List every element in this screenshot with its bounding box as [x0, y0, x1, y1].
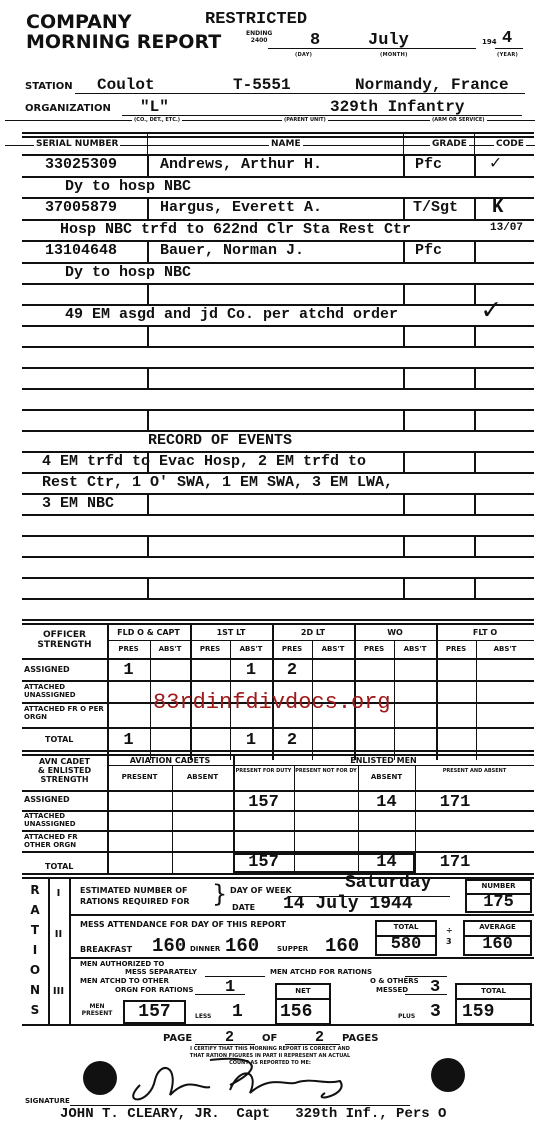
- enlisted-strength-title: AVN CADET& ENLISTEDSTRENGTH: [22, 757, 107, 784]
- subcol-abst: ABS'T: [230, 645, 272, 653]
- caption-co: (CO., DET., ETC.): [132, 117, 182, 123]
- cell-value: 1: [230, 731, 272, 750]
- caption-arm: (ARM OR SERVICE): [430, 117, 487, 123]
- punch-hole-right: [431, 1058, 465, 1092]
- divide-by-three: ÷ 3: [446, 925, 456, 947]
- group-enlisted-men: ENLISTED MEN: [233, 756, 534, 765]
- subcol-pres: PRES: [436, 645, 476, 653]
- net-label: NET: [275, 987, 331, 995]
- dinner-value: 160: [225, 935, 259, 957]
- col-present-not-for-duty: PRESENT NOT FOR DY: [294, 768, 358, 775]
- others-messed-value: 3: [430, 978, 440, 997]
- remark: Hosp NBC trfd to 622nd Clr Sta Rest Ctr: [60, 221, 411, 238]
- month-caption: (MONTH): [380, 52, 408, 58]
- serial-number: 33025309: [45, 156, 117, 173]
- row-label-attached-unassigned: ATTACHED UNASSIGNED: [24, 812, 104, 828]
- auth-label-2: MESS SEPARATELY: [125, 968, 197, 976]
- signer-name-title: JOHN T. CLEARY, JR. Capt 329th Inf., Per…: [60, 1106, 446, 1122]
- event-line: 3 EM NBC: [42, 495, 114, 512]
- report-year: 4: [502, 29, 512, 48]
- signature-scrawl: [110, 1055, 410, 1105]
- average-value: 160: [463, 935, 532, 954]
- caption-parent: (PARENT UNIT): [282, 117, 328, 123]
- group-2d-lt: 2D LT: [272, 628, 354, 637]
- men-present-label: MEN PRESENT: [77, 1003, 117, 1017]
- other-orgn-label-2: ORGN FOR RATIONS: [115, 986, 193, 994]
- ration-date-value: 14 July 1944: [283, 894, 413, 914]
- subcol-abst: ABS'T: [476, 645, 534, 653]
- form-title: COMPANY MORNING REPORT: [26, 12, 221, 52]
- other-orgn-value: 1: [225, 978, 235, 997]
- row-label-attached-fr-other: ATTACHED FR O PER ORGN: [24, 705, 104, 721]
- subcol-pres: PRES: [272, 645, 312, 653]
- rations-required-label: ESTIMATED NUMBER OFRATIONS REQUIRED FOR: [80, 885, 190, 907]
- supper-value: 160: [325, 935, 359, 957]
- row-label-total: TOTAL: [45, 862, 73, 871]
- station-region: Normandy, France: [355, 76, 509, 94]
- subcol-pres: PRES: [190, 645, 230, 653]
- col-name: NAME: [269, 139, 303, 149]
- less-value: 1: [232, 1002, 243, 1022]
- section-numeral: I: [48, 888, 69, 899]
- classification-stamp: RESTRICTED: [205, 10, 307, 29]
- of-label: OF: [262, 1033, 277, 1044]
- cell-value: 1: [230, 661, 272, 680]
- col-present-for-duty: PRESENT FOR DUTY: [233, 768, 294, 775]
- col-code: CODE: [494, 139, 526, 149]
- group-1st-lt: 1ST LT: [190, 628, 272, 637]
- supper-label: SUPPER: [277, 945, 308, 953]
- date-label: DATE: [232, 903, 255, 912]
- row-label-total: TOTAL: [45, 735, 73, 744]
- row-label-assigned: ASSIGNED: [24, 665, 70, 674]
- cell-value: 1: [107, 661, 150, 680]
- station-grid: T-5551: [233, 76, 291, 94]
- group-fld-o-capt: FLD O & CAPT: [107, 628, 190, 637]
- page-count: 2: [315, 1029, 324, 1046]
- subcol-abst: ABS'T: [150, 645, 190, 653]
- cell-value: 171: [415, 853, 495, 872]
- rations-side-label: RATIONS: [24, 880, 46, 1020]
- report-month: July: [368, 31, 409, 50]
- cell-value: 2: [272, 661, 312, 680]
- row-label-assigned: ASSIGNED: [24, 795, 70, 804]
- event-line: 4 EM trfd to Evac Hosp, 2 EM trfd to: [42, 453, 366, 470]
- cell-value: 1: [107, 731, 150, 750]
- code-check-icon: ✓: [490, 152, 501, 174]
- cell-value: 157: [233, 793, 294, 812]
- organization-unit: 329th Infantry: [330, 98, 464, 116]
- other-orgn-label-1: MEN ATCHD TO OTHER: [80, 977, 169, 985]
- ending-label: ENDING2400: [246, 30, 272, 44]
- serial-number: 13104648: [45, 242, 117, 259]
- group-aviation-cadets: AVIATION CADETS: [107, 756, 233, 765]
- cell-value: 171: [415, 793, 495, 812]
- cell-value: 14: [358, 793, 415, 812]
- auth-label-1: MEN AUTHORIZED TO: [80, 960, 164, 968]
- breakfast-value: 160: [152, 935, 186, 957]
- subcol-abst: ABS'T: [312, 645, 354, 653]
- ration-total-label: TOTAL: [455, 987, 532, 995]
- remark: Dy to hosp NBC: [65, 178, 191, 195]
- section-numeral: II: [48, 929, 69, 940]
- report-day: 8: [310, 31, 320, 50]
- col-absent: ABSENT: [172, 773, 233, 781]
- grade: T/Sgt: [413, 199, 458, 216]
- men-present-value: 157: [123, 1002, 186, 1022]
- roster-note: 49 EM asgd and jd Co. per atchd order: [65, 306, 398, 323]
- year-prefix: 194: [482, 38, 497, 46]
- cell-value: 157: [233, 853, 294, 872]
- plus-label: PLUS: [398, 1013, 415, 1020]
- plus-value: 3: [430, 1002, 441, 1022]
- net-value: 156: [280, 1002, 312, 1022]
- watermark: 83rdinfdivdocs.org: [153, 690, 391, 715]
- mess-total-value: 580: [375, 935, 437, 954]
- col-em-absent: ABSENT: [358, 773, 415, 781]
- day-caption: (DAY): [295, 52, 312, 58]
- remark-code: 13/07: [490, 222, 523, 234]
- title-line-1: COMPANY: [26, 12, 221, 32]
- title-line-2: MORNING REPORT: [26, 32, 221, 52]
- row-label-attached-unassigned: ATTACHED UNASSIGNED: [24, 683, 104, 699]
- dinner-label: DINNER: [190, 945, 220, 953]
- page-label: PAGE: [163, 1033, 192, 1044]
- col-present-and-absent: PRESENT AND ABSENT: [415, 768, 534, 775]
- mess-total-label: TOTAL: [375, 923, 437, 931]
- serial-number: 37005879: [45, 199, 117, 216]
- soldier-name: Andrews, Arthur H.: [160, 156, 322, 173]
- group-flt-o: FLT O: [436, 628, 534, 637]
- brace: }: [212, 880, 227, 908]
- page-number: 2: [225, 1029, 234, 1046]
- remark: Dy to hosp NBC: [65, 264, 191, 281]
- signature-label: SIGNATURE: [25, 1097, 70, 1105]
- rations-number-value: 175: [465, 893, 532, 912]
- event-line: Rest Ctr, 1 O' SWA, 1 EM SWA, 3 EM LWA,: [42, 474, 393, 491]
- subcol-pres: PRES: [354, 645, 394, 653]
- breakfast-label: BREAKFAST: [80, 945, 132, 954]
- col-grade: GRADE: [430, 139, 469, 149]
- row-label-attached-fr-other: ATTACHED FR OTHER ORGN: [24, 833, 104, 849]
- grade: Pfc: [415, 156, 442, 173]
- soldier-name: Bauer, Norman J.: [160, 242, 304, 259]
- day-of-week-value: Saturday: [345, 873, 431, 893]
- officer-strength-title: OFFICERSTRENGTH: [22, 630, 107, 650]
- average-label: AVERAGE: [463, 923, 532, 931]
- number-label: NUMBER: [465, 882, 532, 890]
- station-label: STATION: [25, 81, 73, 92]
- organization-company: "L": [140, 98, 169, 116]
- cell-value: 14: [358, 853, 415, 872]
- group-wo: WO: [354, 628, 436, 637]
- others-messed-label: O & OTHERSMESSED: [370, 977, 419, 995]
- col-serial-number: SERIAL NUMBER: [34, 139, 120, 149]
- col-present: PRESENT: [107, 773, 172, 781]
- pages-label: PAGES: [342, 1033, 378, 1044]
- cell-value: 2: [272, 731, 312, 750]
- record-of-events-title: RECORD OF EVENTS: [148, 432, 292, 449]
- men-atchd-label: MEN ATCHD FOR RATIONS: [270, 968, 372, 976]
- mess-attendance-label: MESS ATTENDANCE FOR DAY OF THIS REPORT: [80, 920, 286, 929]
- year-caption: (YEAR): [497, 52, 518, 58]
- subcol-abst: ABS'T: [394, 645, 436, 653]
- organization-label: ORGANIZATION: [25, 103, 111, 114]
- section-numeral: III: [48, 986, 69, 997]
- less-label: LESS: [195, 1013, 211, 1020]
- note-check-icon: ✓: [482, 292, 500, 329]
- subcol-pres: PRES: [107, 645, 150, 653]
- ration-total-value: 159: [462, 1002, 494, 1022]
- station-place: Coulot: [97, 76, 155, 94]
- grade: Pfc: [415, 242, 442, 259]
- code-mark: K: [492, 196, 503, 218]
- soldier-name: Hargus, Everett A.: [160, 199, 322, 216]
